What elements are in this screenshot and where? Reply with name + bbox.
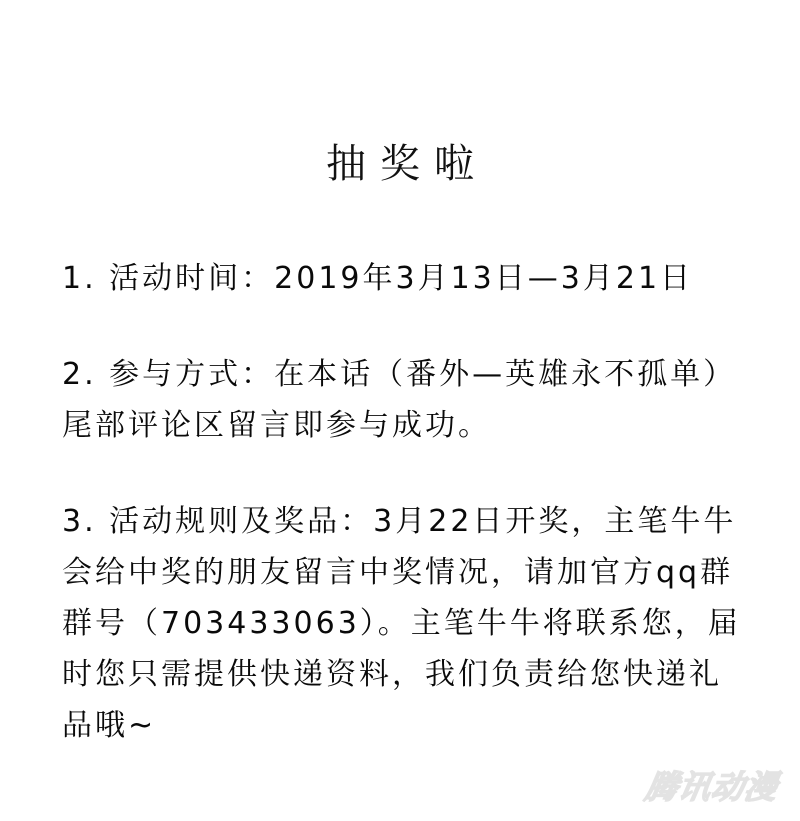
paragraph-event-time: 1. 活动时间：2019年3月13日—3月21日 [62, 253, 762, 304]
paragraph-rules-and-prizes: 3. 活动规则及奖品：3月22日开奖，主笔牛牛 会给中奖的朋友留言中奖情况，请加… [62, 496, 762, 751]
tencent-comics-watermark: 腾讯动漫 [642, 762, 782, 808]
paragraph-participation-method: 2. 参与方式：在本话（番外—英雄永不孤单） 尾部评论区留言即参与成功。 [62, 349, 762, 451]
rules-line-1: 3. 活动规则及奖品：3月22日开奖，主笔牛牛 [62, 496, 762, 547]
page-title: 抽奖啦 [0, 132, 800, 189]
rules-line-3: 群号（703433063）。主笔牛牛将联系您，届 [62, 598, 762, 649]
lottery-announcement-page: 抽奖啦 1. 活动时间：2019年3月13日—3月21日 2. 参与方式：在本话… [0, 0, 800, 821]
event-time-line: 1. 活动时间：2019年3月13日—3月21日 [62, 253, 762, 304]
participation-line-1: 2. 参与方式：在本话（番外—英雄永不孤单） [62, 349, 762, 400]
rules-line-5: 品哦~ [62, 700, 762, 751]
rules-line-4: 时您只需提供快递资料，我们负责给您快递礼 [62, 649, 762, 700]
participation-line-2: 尾部评论区留言即参与成功。 [62, 400, 762, 451]
rules-line-2: 会给中奖的朋友留言中奖情况，请加官方qq群 [62, 547, 762, 598]
